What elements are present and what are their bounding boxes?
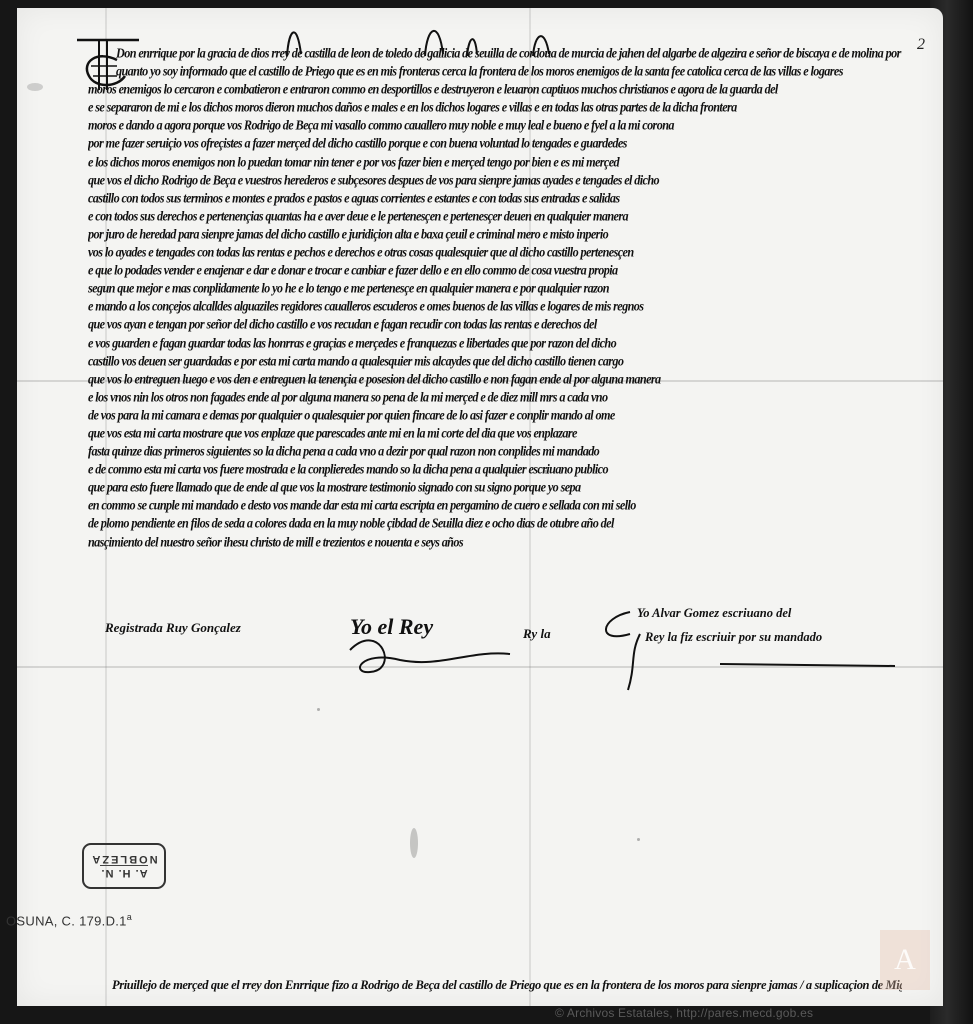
countersign-note: Ry la — [523, 626, 551, 642]
archive-stamp-line-1: A. H. N. — [100, 865, 147, 879]
body-line: e los dichos moros enemigos non lo pueda… — [88, 151, 903, 171]
stain — [27, 83, 43, 91]
speck — [637, 838, 640, 841]
registration-note: Registrada Ruy Gonçalez — [105, 620, 241, 636]
royal-signature-flourish-icon — [340, 610, 520, 680]
body-line: e vos guarden e fagan guardar todas las … — [88, 332, 903, 352]
body-line: que vos lo entreguen luego e vos den e e… — [88, 369, 903, 389]
scribe-line-1: Yo Alvar Gomez escriuano del — [637, 606, 791, 621]
scribe-line-2: Rey la fiz escriuir por su mandado — [645, 630, 822, 645]
speck — [317, 708, 320, 711]
copyright-notice: © Archivos Estatales, http://pares.mecd.… — [555, 1006, 813, 1020]
archive-stamp-line-2: NOBLEZA — [90, 853, 157, 865]
signature-block: Registrada Ruy Gonçalez Yo el Rey Ry la … — [105, 610, 905, 690]
body-line: que vos el dicho Rodrigo de Beça e vuest… — [88, 170, 903, 190]
body-line: de plomo pendiente en filos de seda a co… — [88, 513, 903, 533]
stain — [410, 828, 418, 858]
document-body: Don enrrique por la gracia de dios rrey … — [88, 44, 903, 551]
body-line: por me fazer seruiçio vos ofreçistes a f… — [88, 133, 903, 153]
body-line: que vos ayan e tengan por señor del dich… — [88, 314, 903, 334]
body-line: castillo con todos sus terminos e montes… — [88, 188, 903, 208]
signature-reference-text: OSUNA, C. 179.D.1 — [6, 913, 127, 928]
body-line: e los vnos nin los otros non fagades end… — [88, 387, 903, 407]
archive-signature-reference: OSUNA, C. 179.D.1a — [6, 912, 132, 928]
signature-reference-superscript: a — [127, 912, 132, 922]
endorsement-line: Priuillejo de merçed que el rrey don Enr… — [112, 978, 902, 993]
folio-number: 2 — [917, 36, 925, 54]
body-line: nasçimiento del nuestro señor ihesu chri… — [88, 531, 642, 551]
archive-watermark-icon: A — [880, 930, 930, 990]
archive-stamp: A. H. N. NOBLEZA — [82, 843, 166, 889]
body-line: castillo vos deuen ser guardadas e por e… — [88, 351, 903, 371]
